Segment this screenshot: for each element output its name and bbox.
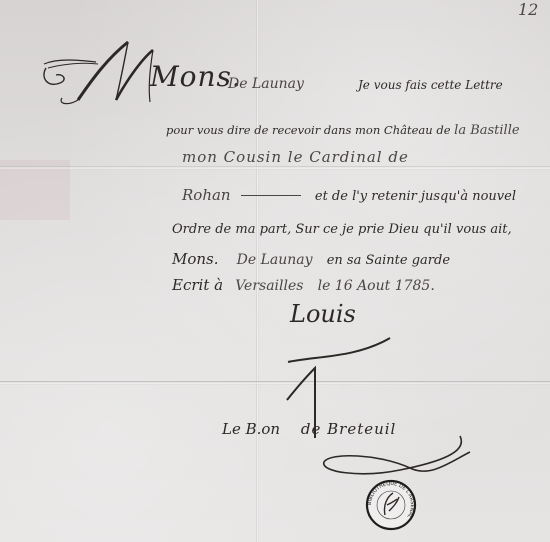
letter-line-6: Mons. De Launay en sa Sainte garde [172, 250, 450, 268]
letter-line-4-name: Rohan [182, 186, 231, 204]
letter-line-4-tail: et de l'y retenir jusqu'à nouvel [315, 189, 516, 204]
letter-line-7-date: le 16 Aout 1785. [318, 278, 435, 294]
line-filler-dash [241, 195, 301, 196]
letter-line-6-mons: Mons. [172, 250, 219, 268]
horizontal-fold-line-upper [0, 166, 550, 170]
letter-line-7-place: Versailles [235, 278, 303, 294]
letter-line-1: Je vous fais cette Lettre [358, 78, 503, 92]
letter-line-5: Ordre de ma part, Sur ce je prie Dieu qu… [172, 222, 512, 237]
folio-number: 12 [518, 0, 538, 19]
letter-line-7: Ecrit à Versailles le 16 Aout 1785. [172, 276, 435, 294]
letter-line-4: Rohan et de l'y retenir jusqu'à nouvel [182, 186, 516, 204]
letter-line-2: pour vous dire de recevoir dans mon Chât… [166, 123, 520, 138]
horizontal-fold-line-lower [0, 381, 550, 385]
countersignature-prefix: Le B.on [222, 420, 280, 438]
library-stamp-icon: BIBLIOTHÈQUE DE L'ARSENAL [365, 479, 417, 531]
letter-line-2-text: pour vous dire de recevoir dans mon Chât… [166, 123, 451, 137]
calligraphic-m-flourish-icon [38, 28, 158, 108]
letter-line-2-tail: la Bastille [454, 123, 519, 138]
letter-line-7-text: Ecrit à [172, 276, 223, 294]
letter-line-6-tail: en sa Sainte garde [327, 253, 450, 268]
salutation-name: De Launay [228, 76, 304, 92]
letter-line-6-name: De Launay [237, 252, 313, 268]
king-signature: Louis [290, 300, 356, 328]
letter-sheet: 12 Mons. De Launay Je vous fais cette Le… [0, 0, 550, 542]
letter-line-3: mon Cousin le Cardinal de [182, 148, 409, 166]
